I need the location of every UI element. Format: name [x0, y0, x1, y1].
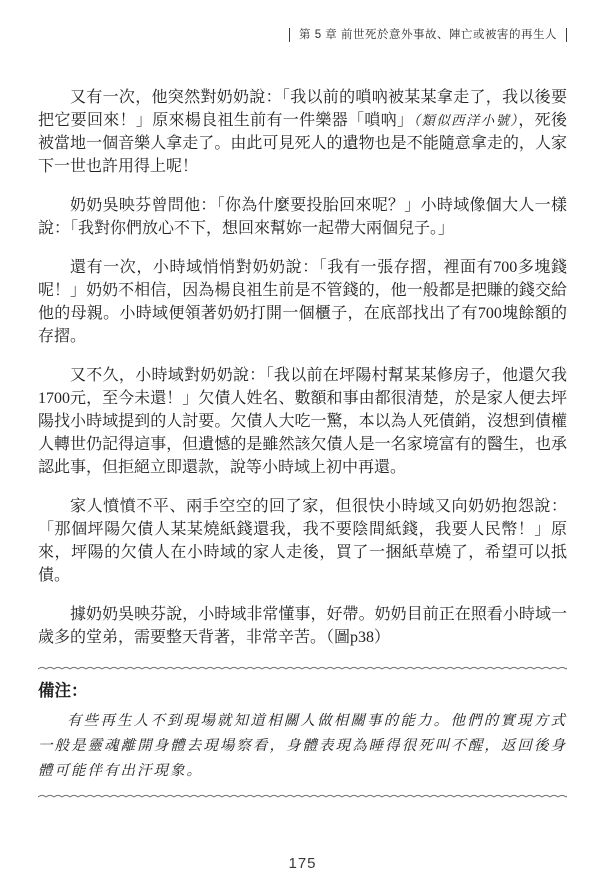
- chapter-title: 第 5 章 前世死於意外事故、陣亡或被害的再生人: [289, 28, 567, 42]
- book-page: 第 5 章 前世死於意外事故、陣亡或被害的再生人 又有一次，他突然對奶奶說：「我…: [0, 0, 605, 896]
- paragraph: 據奶奶吳映芬說，小時域非常懂事，好帶。奶奶目前正在照看小時域一歲多的堂弟，需要整…: [38, 603, 567, 649]
- wavy-divider-bottom: [38, 793, 567, 799]
- paragraph: 家人憤憤不平、兩手空空的回了家，但很快小時域又向奶奶抱怨說：「那個坪陽欠債人某某…: [38, 495, 567, 587]
- paragraph: 奶奶吳映芬曾問他：「你為什麼要投胎回來呢？」小時域像個大人一樣說：「我對你們放心…: [38, 194, 567, 240]
- paragraph: 又不久，小時域對奶奶說：「我以前在坪陽村幫某某修房子，他還欠我1700元，至今未…: [38, 364, 567, 479]
- note-text: 有些再生人不到現場就知道相關人做相關事的能力。他們的實現方式一般是靈魂離開身體去…: [38, 709, 567, 784]
- paragraph: 還有一次，小時域悄悄對奶奶說：「我有一張存摺，裡面有700多塊錢呢！」奶奶不相信…: [38, 256, 567, 348]
- page-number: 175: [0, 855, 605, 872]
- paragraph: 又有一次，他突然對奶奶說：「我以前的嗩吶被某某拿走了，我以後要把它要回來！」原來…: [38, 86, 567, 178]
- paragraph-annotation: （類似西洋小號）: [413, 113, 518, 128]
- wavy-divider-top: [38, 665, 567, 671]
- running-header: 第 5 章 前世死於意外事故、陣亡或被害的再生人: [38, 28, 567, 45]
- page-body: 又有一次，他突然對奶奶說：「我以前的嗩吶被某某拿走了，我以後要把它要回來！」原來…: [38, 86, 567, 799]
- note-label: 備注：: [38, 680, 567, 702]
- note-section: 備注： 有些再生人不到現場就知道相關人做相關事的能力。他們的實現方式一般是靈魂離…: [38, 665, 567, 799]
